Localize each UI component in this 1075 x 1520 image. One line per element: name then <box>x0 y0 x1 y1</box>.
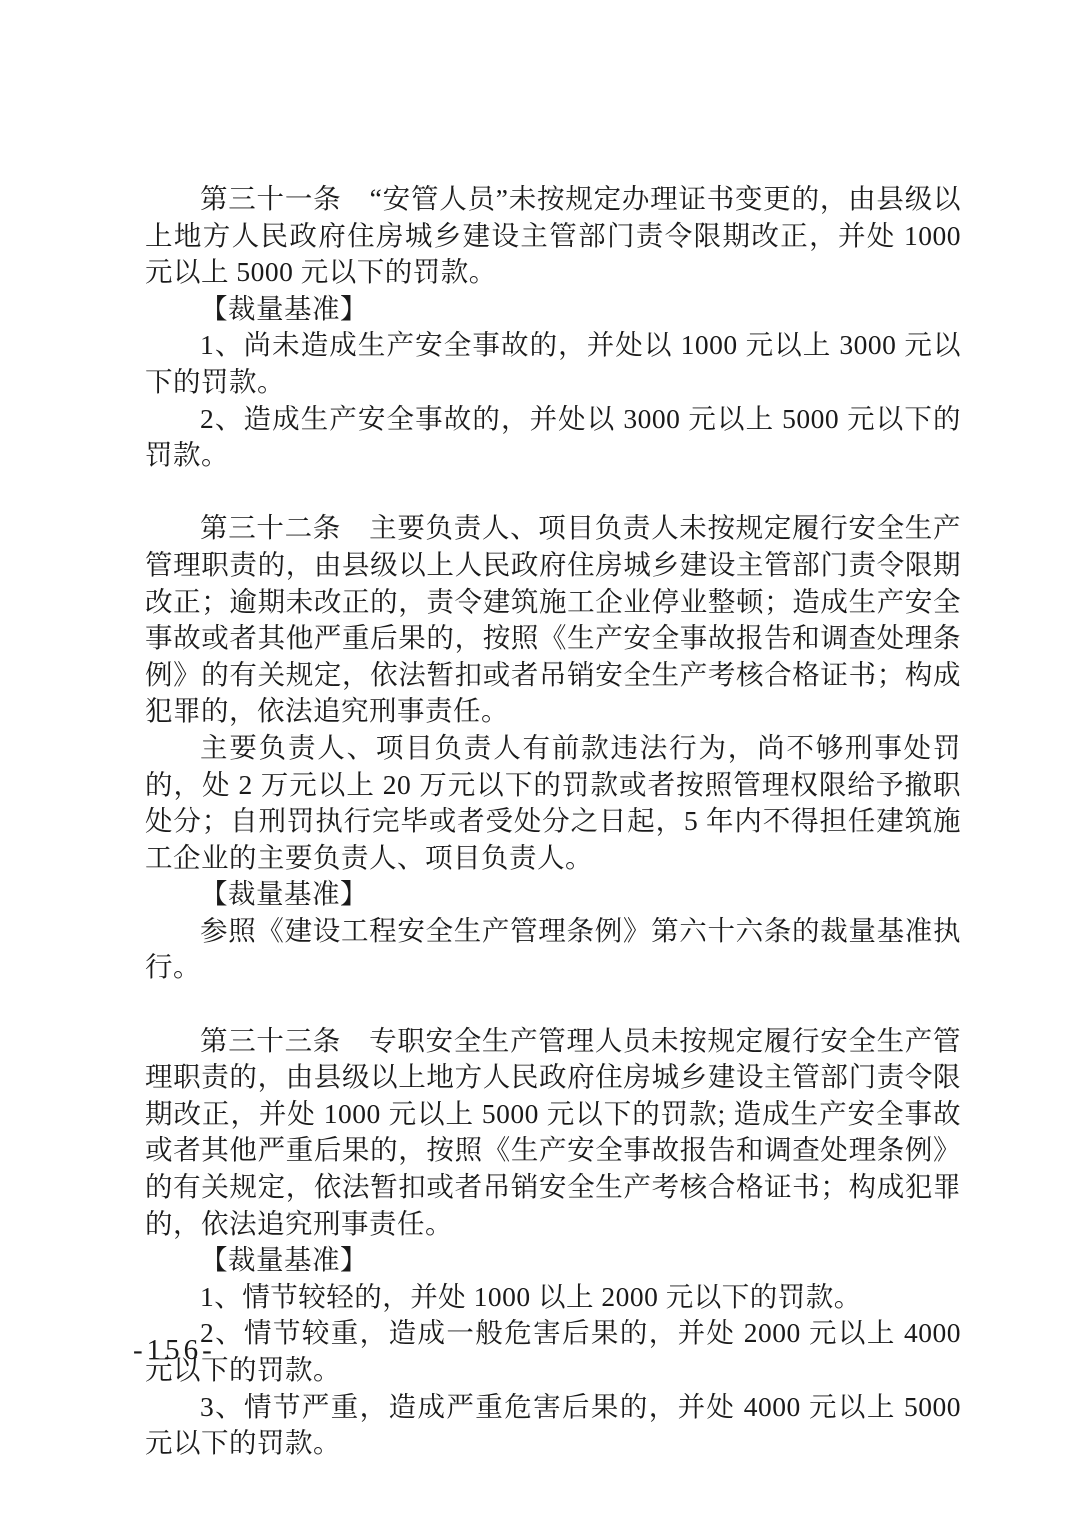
article-31-basis-item-1: 1、尚未造成生产安全事故的，并处以 1000 元以上 3000 元以下的罚款。 <box>145 327 961 400</box>
article-32-body-2: 主要负责人、项目负责人有前款违法行为，尚不够刑事处罚的，处 2 万元以上 20 … <box>145 730 961 876</box>
article-32-basis-text: 参照《建设工程安全生产管理条例》第六十六条的裁量基准执行。 <box>145 913 961 986</box>
article-33-basis-item-1: 1、情节较轻的，并处 1000 以上 2000 元以下的罚款。 <box>145 1279 961 1316</box>
article-32-body: 第三十二条 主要负责人、项目负责人未按规定履行安全生产管理职责的，由县级以上人民… <box>145 510 961 730</box>
article-31-basis-heading: 【裁量基准】 <box>145 291 961 328</box>
section-article-32: 第三十二条 主要负责人、项目负责人未按规定履行安全生产管理职责的，由县级以上人民… <box>145 510 961 986</box>
page-number: -156- <box>133 1334 216 1367</box>
document-content: 第三十一条 “安管人员”未按规定办理证书变更的，由县级以上地方人民政府住房城乡建… <box>145 181 961 1462</box>
article-33-body: 第三十三条 专职安全生产管理人员未按规定履行安全生产管理职责的，由县级以上地方人… <box>145 1023 961 1243</box>
section-article-33: 第三十三条 专职安全生产管理人员未按规定履行安全生产管理职责的，由县级以上地方人… <box>145 1023 961 1462</box>
article-32-basis-heading: 【裁量基准】 <box>145 876 961 913</box>
article-31-body: 第三十一条 “安管人员”未按规定办理证书变更的，由县级以上地方人民政府住房城乡建… <box>145 181 961 291</box>
article-33-basis-item-2: 2、情节较重，造成一般危害后果的，并处 2000 元以上 4000 元以下的罚款… <box>145 1315 961 1388</box>
section-article-31: 第三十一条 “安管人员”未按规定办理证书变更的，由县级以上地方人民政府住房城乡建… <box>145 181 961 474</box>
article-33-basis-item-3: 3、情节严重，造成严重危害后果的，并处 4000 元以上 5000 元以下的罚款… <box>145 1389 961 1462</box>
article-33-basis-heading: 【裁量基准】 <box>145 1242 961 1279</box>
article-31-basis-item-2: 2、造成生产安全事故的，并处以 3000 元以上 5000 元以下的罚款。 <box>145 401 961 474</box>
document-page: 第三十一条 “安管人员”未按规定办理证书变更的，由县级以上地方人民政府住房城乡建… <box>0 0 1075 1520</box>
